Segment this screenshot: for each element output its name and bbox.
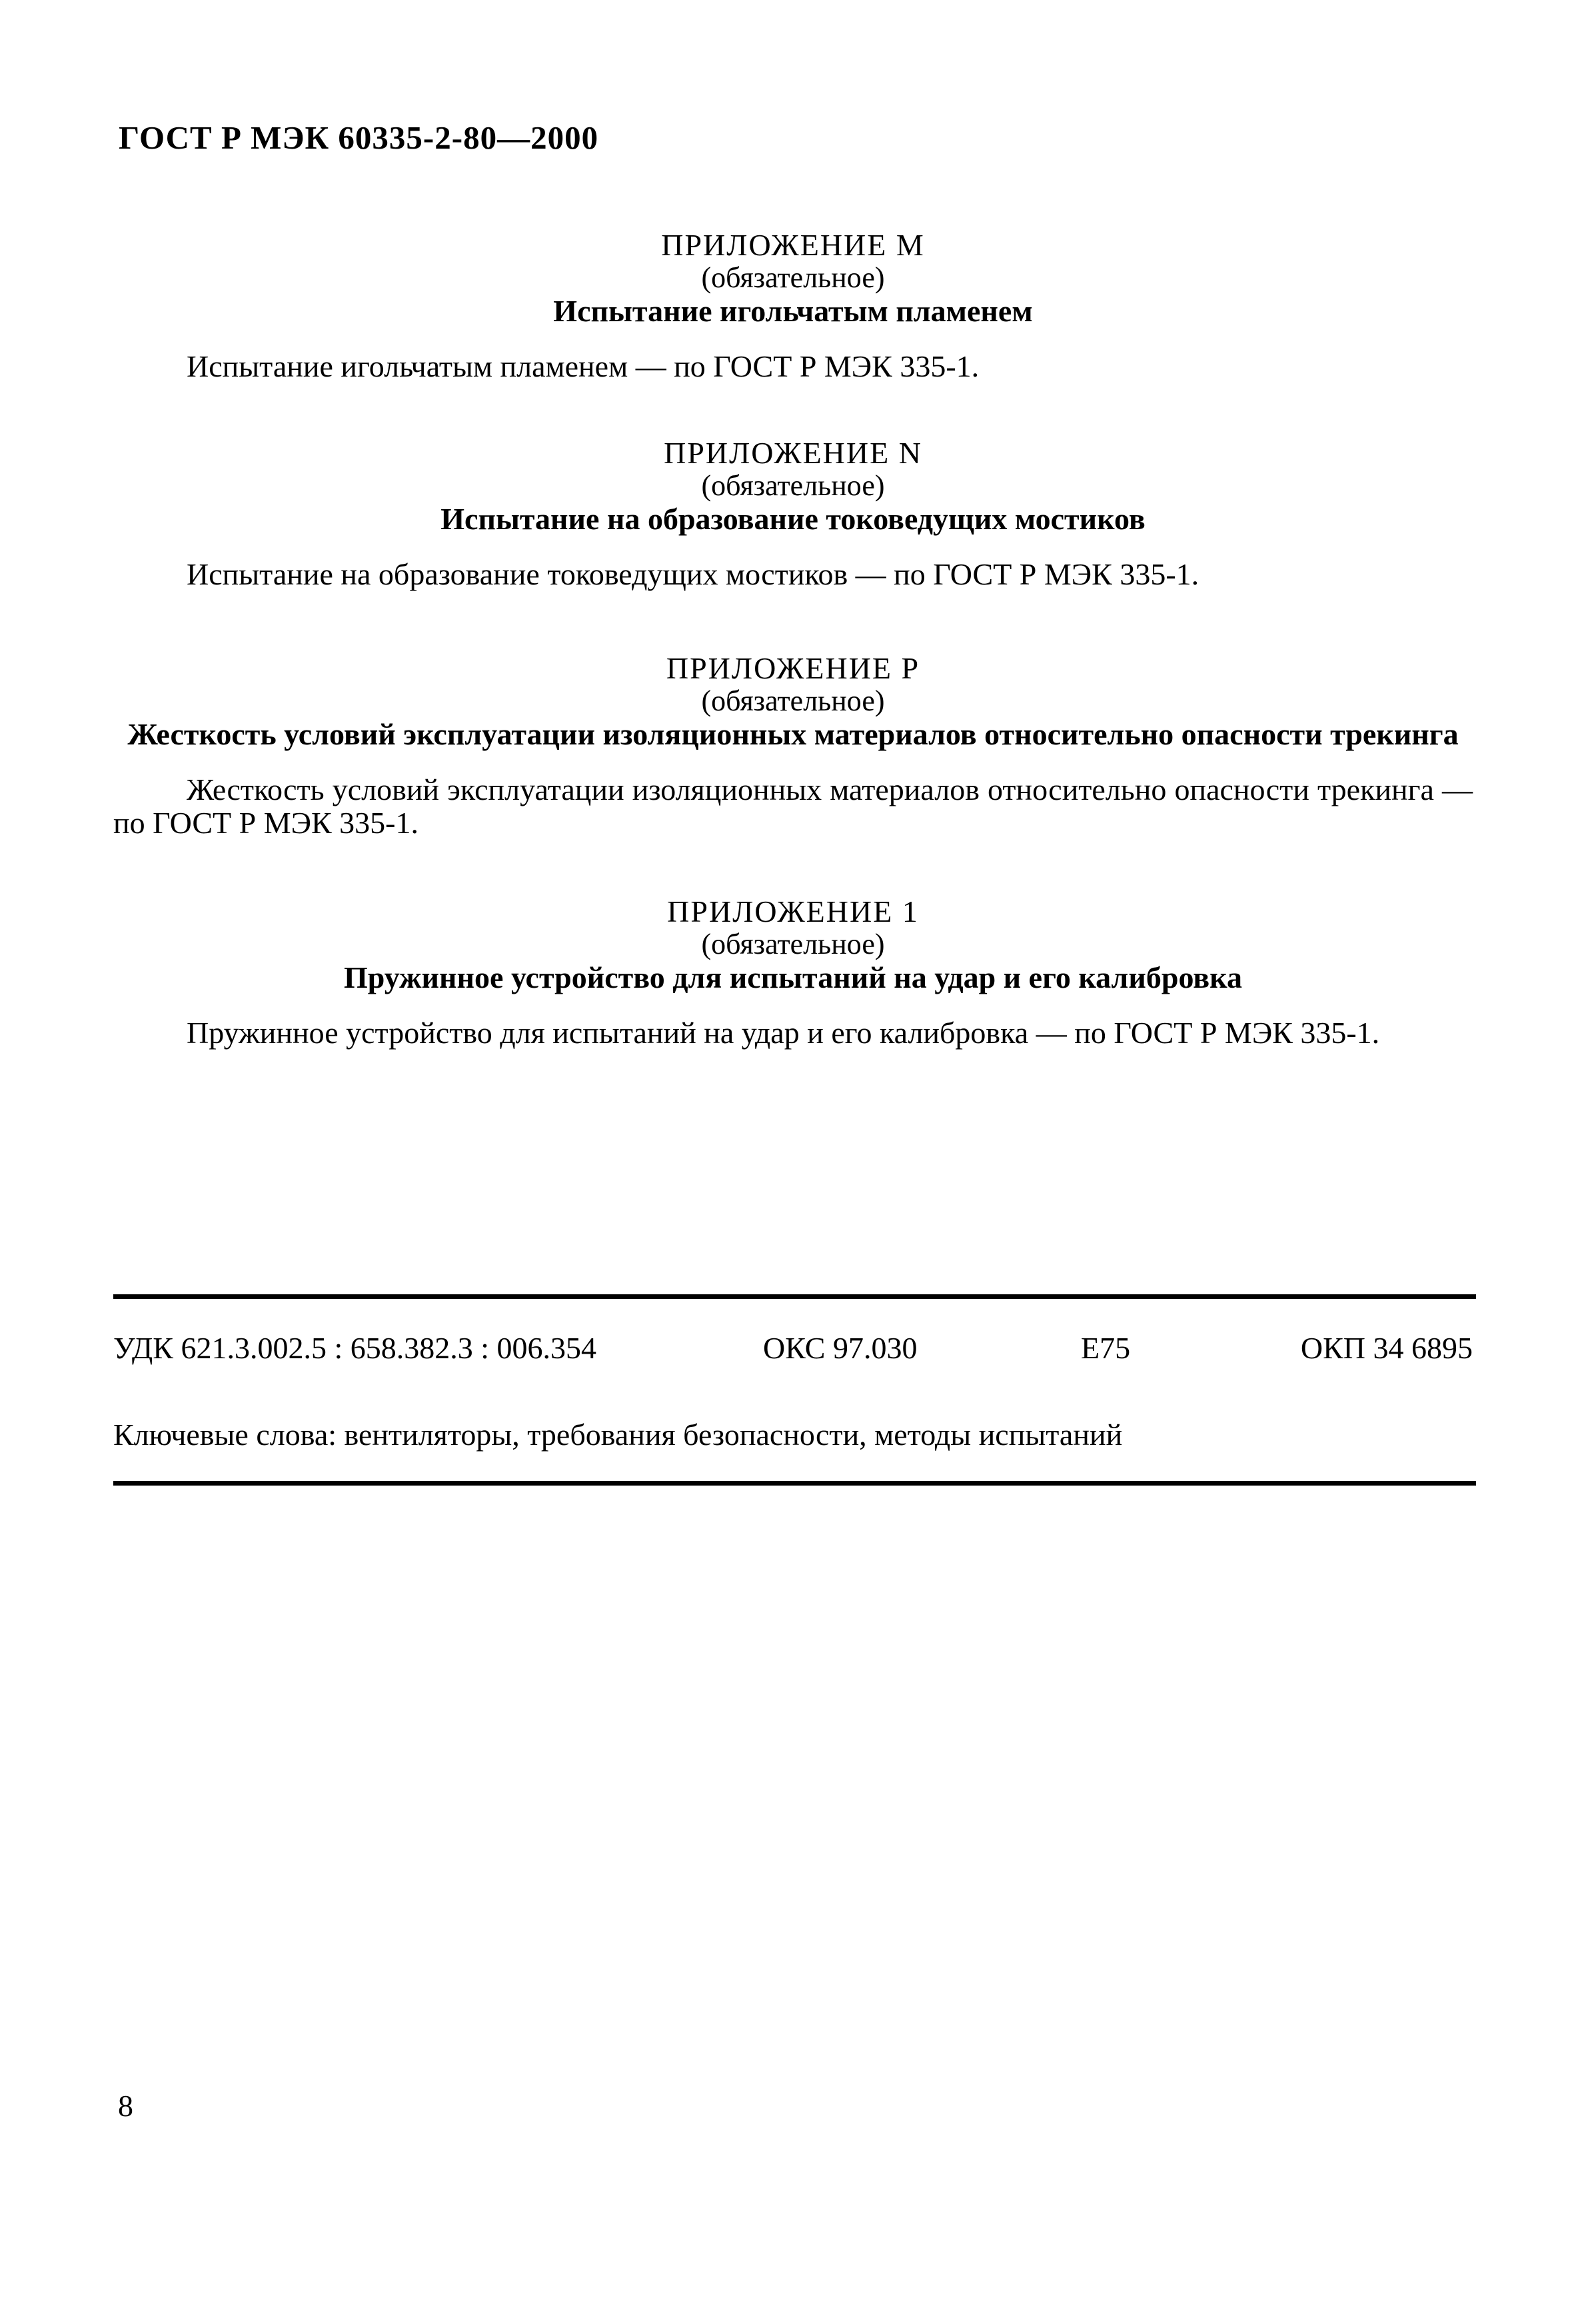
appendix-m-section: ПРИЛОЖЕНИЕ М (обязательное) Испытание иг… [113,229,1473,383]
group-code: Е75 [1081,1332,1130,1365]
appendix-1-subtitle: (обязательное) [113,928,1473,960]
appendix-m-title: Испытание игольчатым пламенем [113,294,1473,329]
appendix-n-label: ПРИЛОЖЕНИЕ N [113,437,1473,470]
keywords-line: Ключевые слова: вентиляторы, требования … [113,1418,1473,1452]
appendix-p-body: Жесткость условий эксплуатации изоляцион… [113,773,1473,840]
appendix-n-title: Испытание на образование токоведущих мос… [113,502,1473,537]
footer-divider-bottom [113,1481,1476,1486]
classification-codes-row: УДК 621.3.002.5 : 658.382.3 : 006.354 ОК… [113,1332,1473,1369]
appendix-1-body: Пружинное устройство для испытаний на уд… [113,1016,1473,1050]
appendix-1-title: Пружинное устройство для испытаний на уд… [113,960,1473,995]
appendix-n-body: Испытание на образование токоведущих мос… [113,558,1473,591]
appendix-1-section: ПРИЛОЖЕНИЕ 1 (обязательное) Пружинное ус… [113,895,1473,1050]
appendix-p-title: Жесткость условий эксплуатации изоляцион… [113,717,1473,752]
page-number: 8 [118,2089,133,2123]
footer-divider-top [113,1294,1476,1299]
appendix-m-label: ПРИЛОЖЕНИЕ М [113,229,1473,262]
appendix-p-label: ПРИЛОЖЕНИЕ Р [113,652,1473,685]
appendix-n-subtitle: (обязательное) [113,470,1473,502]
appendix-n-section: ПРИЛОЖЕНИЕ N (обязательное) Испытание на… [113,437,1473,591]
appendix-m-body: Испытание игольчатым пламенем — по ГОСТ … [113,350,1473,383]
udk-code: УДК 621.3.002.5 : 658.382.3 : 006.354 [113,1332,596,1365]
appendix-p-subtitle: (обязательное) [113,685,1473,717]
appendix-p-section: ПРИЛОЖЕНИЕ Р (обязательное) Жесткость ус… [113,652,1473,840]
oks-code: ОКС 97.030 [763,1332,917,1365]
standard-number-header: ГОСТ Р МЭК 60335-2-80—2000 [119,119,598,157]
okp-code: ОКП 34 6895 [1301,1332,1473,1365]
document-page: ГОСТ Р МЭК 60335-2-80—2000 ПРИЛОЖЕНИЕ М … [0,0,1572,2324]
appendix-m-subtitle: (обязательное) [113,262,1473,294]
appendix-1-label: ПРИЛОЖЕНИЕ 1 [113,895,1473,928]
